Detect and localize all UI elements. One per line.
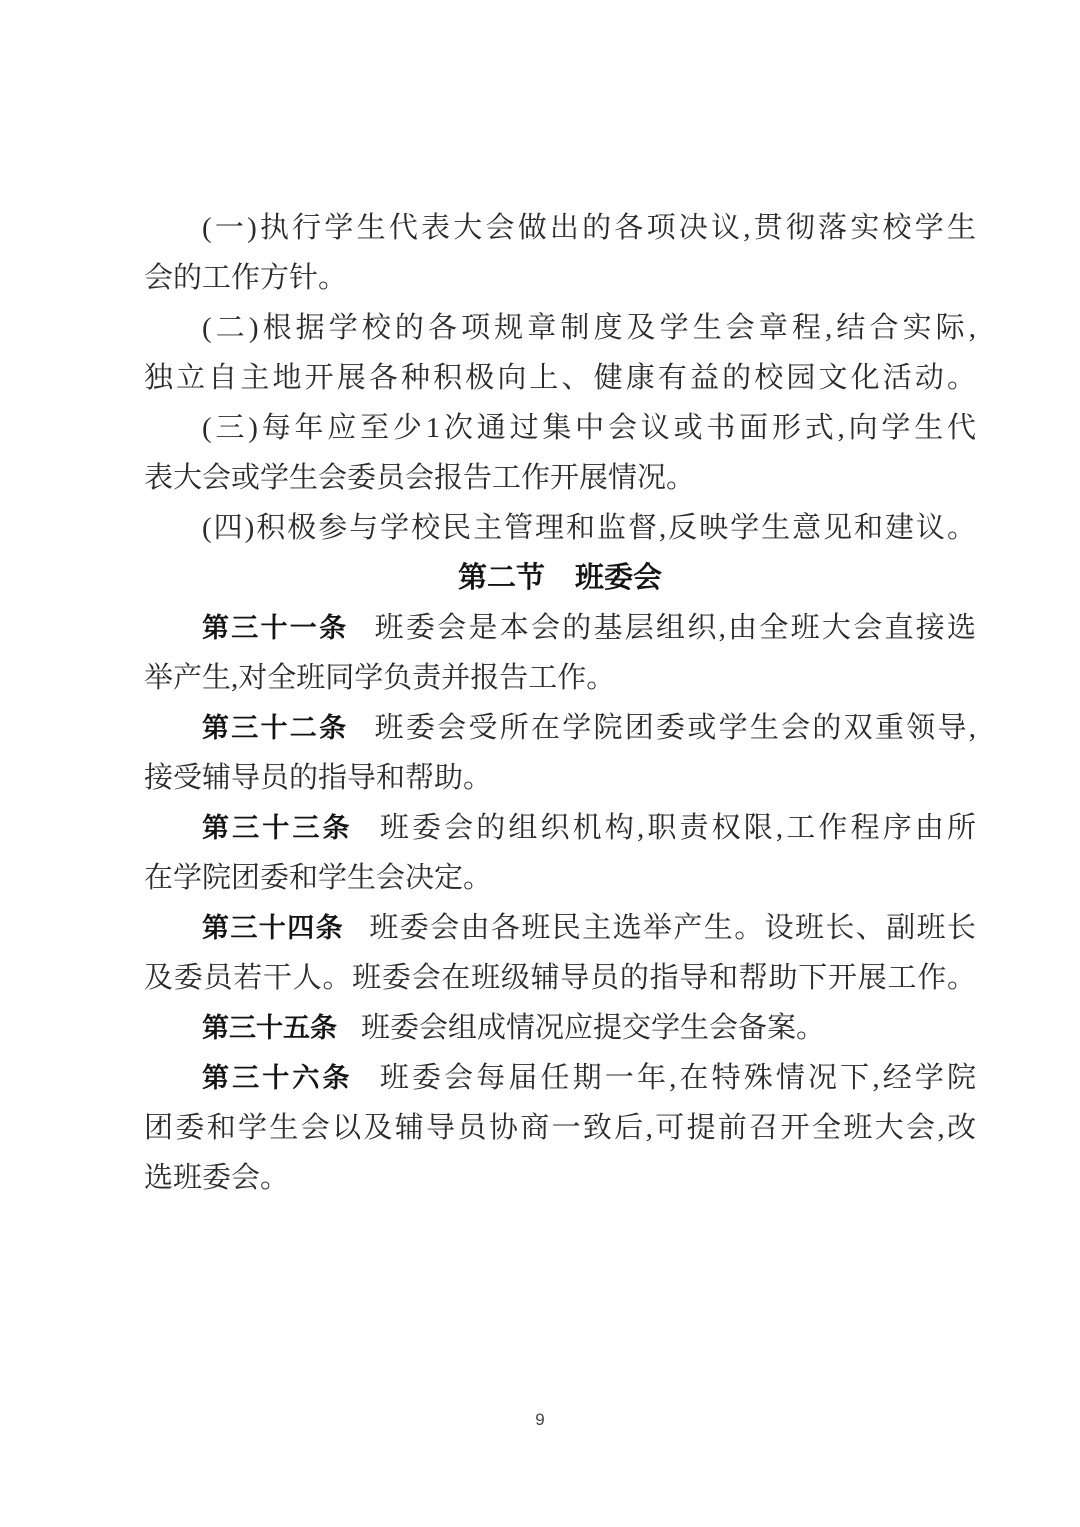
article-text-line: 第三十一条班委会是本会的基层组织,由全班大会直接选 (144, 603, 976, 653)
article-number: 第三十三条 (202, 813, 353, 843)
item-text-line: 会的工作方针。 (144, 253, 976, 303)
text-run: (一)执行学生代表大会做出的各项决议,贯彻落实校学生 (202, 212, 976, 244)
section-title: 班委会 (575, 562, 662, 594)
text-run: 独立自主地开展各种积极向上、健康有益的校园文化活动。 (144, 362, 976, 394)
text-run: 会的工作方针。 (144, 262, 347, 294)
text-run: (四)积极参与学校民主管理和监督,反映学生意见和建议。 (202, 512, 976, 544)
text-run: (三)每年应至少1次通过集中会议或书面形式,向学生代 (202, 412, 976, 444)
text-run: 班委会由各班民主选举产生。设班长、副班长 (368, 912, 976, 944)
text-run: 团委和学生会以及辅导员协商一致后,可提前召开全班大会,改 (144, 1112, 976, 1144)
article-text-line: 接受辅导员的指导和帮助。 (144, 753, 976, 803)
text-run: 在学院团委和学生会决定。 (144, 862, 492, 894)
document-page: (一)执行学生代表大会做出的各项决议,贯彻落实校学生会的工作方针。(二)根据学校… (0, 0, 1080, 1527)
text-run: 表大会或学生会委员会报告工作开展情况。 (144, 462, 695, 494)
text-run: 举产生,对全班同学负责并报告工作。 (144, 662, 615, 694)
text-run: (二)根据学校的各项规章制度及学生会章程,结合实际, (202, 312, 976, 344)
text-run: 接受辅导员的指导和帮助。 (144, 762, 492, 794)
item-text-line: (二)根据学校的各项规章制度及学生会章程,结合实际, (144, 303, 976, 353)
article-number: 第三十六条 (202, 1063, 353, 1093)
text-run: 班委会每届任期一年,在特殊情况下,经学院 (377, 1062, 976, 1094)
item-text-line: 独立自主地开展各种积极向上、健康有益的校园文化活动。 (144, 353, 976, 403)
article-text-line: 举产生,对全班同学负责并报告工作。 (144, 653, 976, 703)
article-text-line: 第三十六条班委会每届任期一年,在特殊情况下,经学院 (144, 1053, 976, 1103)
item-text-line: (三)每年应至少1次通过集中会议或书面形式,向学生代 (144, 403, 976, 453)
text-run: 班委会是本会的基层组织,由全班大会直接选 (372, 612, 976, 644)
item-text-line: (一)执行学生代表大会做出的各项决议,贯彻落实校学生 (144, 203, 976, 253)
article-text-line: 选班委会。 (144, 1153, 976, 1203)
text-run: 班委会组成情况应提交学生会备案。 (361, 1012, 825, 1044)
article-text-line: 团委和学生会以及辅导员协商一致后,可提前召开全班大会,改 (144, 1103, 976, 1153)
section-number: 第二节 (458, 562, 545, 594)
article-number: 第三十一条 (202, 613, 348, 643)
article-text-line: 第三十三条班委会的组织机构,职责权限,工作程序由所 (144, 803, 976, 853)
article-text-line: 第三十二条班委会受所在学院团委或学生会的双重领导, (144, 703, 976, 753)
item-text-line: 表大会或学生会委员会报告工作开展情况。 (144, 453, 976, 503)
article-text-line: 及委员若干人。班委会在班级辅导员的指导和帮助下开展工作。 (144, 953, 976, 1003)
article-text-line: 在学院团委和学生会决定。 (144, 853, 976, 903)
page-number: 9 (0, 1408, 1080, 1432)
document-content: (一)执行学生代表大会做出的各项决议,贯彻落实校学生会的工作方针。(二)根据学校… (144, 203, 976, 1203)
item-text-line: (四)积极参与学校民主管理和监督,反映学生意见和建议。 (144, 503, 976, 553)
article-number: 第三十四条 (202, 913, 344, 943)
article-number: 第三十二条 (202, 713, 348, 743)
text-run: 班委会受所在学院团委或学生会的双重领导, (372, 712, 976, 744)
section-heading: 第二节班委会 (144, 553, 976, 603)
article-text-line: 第三十四条班委会由各班民主选举产生。设班长、副班长 (144, 903, 976, 953)
article-number: 第三十五条 (202, 1013, 337, 1043)
text-run: 选班委会。 (144, 1162, 289, 1194)
text-run: 班委会的组织机构,职责权限,工作程序由所 (377, 812, 976, 844)
article-text-line: 第三十五条班委会组成情况应提交学生会备案。 (144, 1003, 976, 1053)
text-run: 及委员若干人。班委会在班级辅导员的指导和帮助下开展工作。 (144, 962, 976, 994)
